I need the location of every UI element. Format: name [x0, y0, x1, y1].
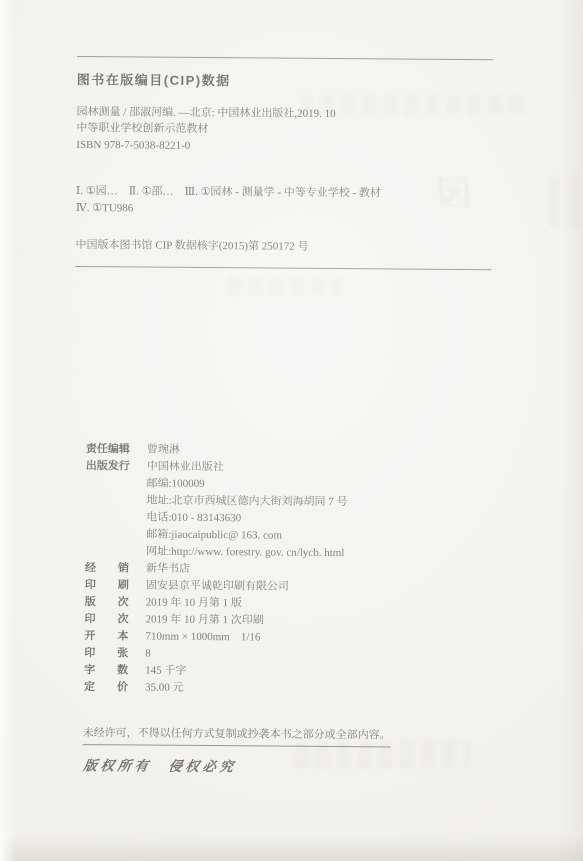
- scanned-copyright-page: 园 图书在版编目(CIP)数据 园林测量 / 邵淑河编. —北京: 中国林业出版…: [0, 0, 583, 861]
- colophon-value: 35.00 元: [145, 679, 184, 696]
- all-rights-reserved-script: 版权所有 侵权必究: [82, 758, 237, 776]
- colophon-label: 字 数: [84, 662, 128, 679]
- colophon-table: 责任编辑曾琬淋出版发行中国林业出版社邮编:100009地址:北京市西城区德内大街…: [84, 441, 490, 699]
- colophon-label: 定 价: [84, 679, 128, 696]
- colophon-label: 开 本: [84, 628, 128, 645]
- classification-line-1: Ⅰ. ①园… Ⅱ. ①邵… Ⅲ. ①园林 - 测量学 - 中等专业学校 - 教材: [76, 183, 492, 203]
- colophon-value: 邮编:100009: [147, 475, 205, 492]
- colophon-label: [85, 509, 129, 526]
- colophon-value: 网址:http://www. forestry. gov. cn/lycb. h…: [146, 543, 344, 562]
- colophon-value: 145 千字: [145, 662, 186, 679]
- show-through-smudge-right-edge: [547, 176, 583, 228]
- classification-line-2: Ⅳ. ①TU986: [76, 199, 492, 219]
- middle-rule: [75, 265, 491, 269]
- colophon-row: 定 价35.00 元: [84, 679, 488, 699]
- colophon-label: 印 次: [85, 611, 129, 628]
- classification-block: Ⅰ. ①园… Ⅱ. ①邵… Ⅲ. ①园林 - 测量学 - 中等专业学校 - 教材…: [76, 183, 492, 219]
- colophon-label: [86, 475, 130, 492]
- colophon-label: [85, 492, 129, 509]
- colophon-value: 新华书店: [146, 560, 190, 577]
- colophon-value: 曾琬淋: [147, 441, 180, 458]
- colophon-label: [85, 526, 129, 543]
- copyright-notice: 未经许可，不得以任何方式复制或抄袭本书之部分或全部内容。: [83, 725, 391, 748]
- colophon-label: [85, 543, 129, 560]
- colophon-value: 2019 年 10 月第 1 次印刷: [146, 611, 264, 629]
- colophon-label: 印 张: [84, 645, 128, 662]
- colophon-value: 地址:北京市西城区德内大街刘海胡同 7 号: [146, 492, 347, 511]
- colophon-label: 出版发行: [86, 458, 130, 475]
- colophon-value: 固安县京平诚乾印刷有限公司: [146, 577, 289, 595]
- cip-heading: 图书在版编目(CIP)数据: [77, 72, 493, 92]
- colophon-value: 邮箱:jiaocaipublic@ 163. com: [146, 526, 282, 544]
- colophon-value: 中国林业出版社: [147, 458, 224, 476]
- top-rule: [77, 56, 493, 60]
- bibliographic-description: 园林测量 / 邵淑河编. —北京: 中国林业出版社,2019. 10 中等职业学…: [76, 103, 492, 156]
- colophon-value: 电话:010 - 83143630: [146, 509, 241, 527]
- colophon-value: 8: [145, 645, 151, 662]
- bib-isbn-line: ISBN 978-7-5038-8221-0: [76, 136, 492, 156]
- colophon-label: 经 销: [85, 560, 129, 577]
- colophon-value: 710mm × 1000mm 1/16: [145, 628, 260, 646]
- colophon-label: 责任编辑: [86, 441, 130, 458]
- cip-registry-line: 中国版本图书馆 CIP 数据核字(2015)第 250172 号: [75, 237, 491, 257]
- colophon-label: 印 刷: [85, 577, 129, 594]
- colophon-label: 版 次: [85, 594, 129, 611]
- page-content: 图书在版编目(CIP)数据 园林测量 / 邵淑河编. —北京: 中国林业出版社,…: [71, 56, 493, 778]
- colophon-value: 2019 年 10 月第 1 版: [146, 594, 242, 612]
